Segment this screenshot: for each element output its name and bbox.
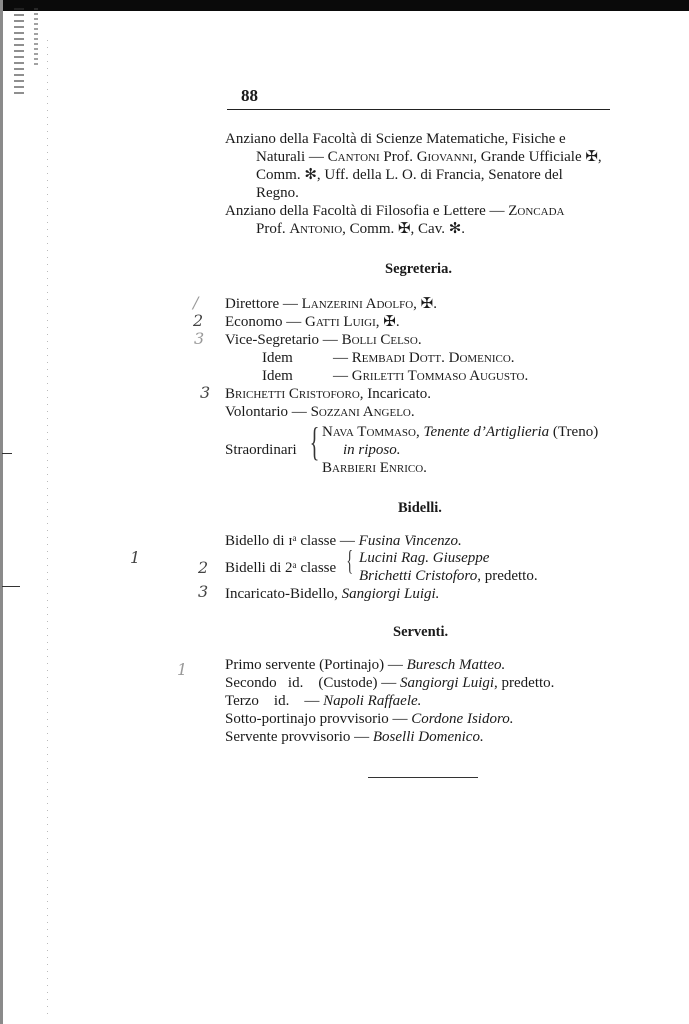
handwritten-mark: 3 <box>198 582 208 601</box>
handwritten-mark: 1 <box>130 548 140 567</box>
binding-marks <box>14 8 24 98</box>
serventi-row-2: Secondo id. (Custode) — Sangiorgi Luigi,… <box>225 674 554 692</box>
intro-entry1-line4: Regno. <box>256 184 299 202</box>
person-firstname: Giovanni <box>417 149 473 165</box>
person-name: Bolli Celso <box>342 332 418 348</box>
handwritten-mark: 3 <box>194 329 204 348</box>
text: , ✠. <box>413 296 437 312</box>
segreteria-row-2: Economo — Gatti Luigi, ✠. <box>225 313 400 331</box>
person-name: Lanzerini Adolfo <box>302 296 414 312</box>
text: . <box>418 332 422 348</box>
person-name: Griletti Tommaso Augusto <box>352 368 525 384</box>
serventi-row-1: Primo servente (Portinajo) — Buresch Mat… <box>225 656 505 674</box>
serventi-row-3: Terzo id. — Napoli Raffaele. <box>225 692 421 710</box>
text: , ✠. <box>376 314 400 330</box>
person-name: Boselli Domenico. <box>373 729 484 745</box>
text: Prof. <box>380 149 417 165</box>
rank: Tenente d’Artiglieria <box>423 424 549 440</box>
serventi-row-5: Servente provvisorio — Boselli Domenico. <box>225 728 484 746</box>
person-surname: Zoncada <box>508 203 564 219</box>
text: , Grande Ufficiale ✠, <box>473 149 602 165</box>
intro-entry2-line1: Anziano della Facoltà di Filosofia e Let… <box>225 202 564 220</box>
role: Idem <box>262 350 293 366</box>
page-number: 88 <box>241 86 258 106</box>
person-name: Brichetti Cristoforo <box>225 386 360 402</box>
text: , predetto. <box>494 675 554 691</box>
serventi-row-4: Sotto-portinajo provvisorio — Cordone Is… <box>225 710 513 728</box>
text: , Incaricato. <box>360 386 431 402</box>
bidelli-row-1: Bidello di ɪᵃ classe — Fusina Vincenzo. <box>225 532 462 550</box>
binding-marks-secondary <box>34 8 38 68</box>
straordinari-line-2: in riposo. <box>343 441 401 459</box>
role: Terzo id. — <box>225 693 323 709</box>
text: Comm. ✻, Uff. della L. O. di Francia, Se… <box>256 167 563 183</box>
straordinari-line-1: Nava Tommaso, Tenente d’Artiglieria (Tre… <box>322 423 598 441</box>
section-heading-bidelli: Bidelli. <box>398 500 442 517</box>
handwritten-mark: 3 <box>200 383 210 402</box>
brace: { <box>310 422 320 462</box>
handwritten-mark: 2 <box>198 558 208 577</box>
text: — <box>333 350 352 366</box>
role: Economo — <box>225 314 305 330</box>
role: Vice-Segretario — <box>225 332 342 348</box>
person-name: Buresch Matteo. <box>407 657 506 673</box>
bidelli-row-3: Incaricato-Bidello, Sangiorgi Luigi. <box>225 585 439 603</box>
person-name: Rembadi Dott. Domenico <box>352 350 511 366</box>
segreteria-row-5: Idem <box>262 367 293 385</box>
role: Servente provvisorio — <box>225 729 373 745</box>
text: . <box>511 350 515 366</box>
text: , predetto. <box>477 568 537 584</box>
person-name: Sangiorgi Luigi. <box>342 586 440 602</box>
bidelli-row-2-name-1: Lucini Rag. Giuseppe <box>359 549 489 567</box>
role: Incaricato-Bidello, <box>225 586 342 602</box>
handwritten-mark: / <box>193 293 198 312</box>
text: . <box>411 404 415 420</box>
scan-top-edge <box>0 0 689 11</box>
straordinari-line-3: Barbieri Enrico. <box>322 459 427 477</box>
intro-entry2-line2: Prof. Antonio, Comm. ✠, Cav. ✻. <box>256 220 465 238</box>
person-name: Fusina Vincenzo. <box>359 533 462 549</box>
role: Direttore — <box>225 296 302 312</box>
brace: { <box>346 548 353 576</box>
bidelli-row-2-label: Bidelli di 2ᵃ classe <box>225 559 336 577</box>
person-surname: Cantoni <box>328 149 380 165</box>
text: . <box>423 460 427 476</box>
intro-entry1-line3: Comm. ✻, Uff. della L. O. di Francia, Se… <box>256 166 563 184</box>
person-name: Gatti Luigi <box>305 314 376 330</box>
text: , Comm. ✠, Cav. ✻. <box>342 221 465 237</box>
segreteria-row-6: Brichetti Cristoforo, Incaricato. <box>225 385 431 403</box>
margin-tick <box>2 586 20 587</box>
text: . <box>524 368 528 384</box>
handwritten-mark: 1 <box>177 660 187 679</box>
segreteria-row-4: Idem <box>262 349 293 367</box>
text: Regno. <box>256 185 299 201</box>
person-name: Brichetti Cristoforo <box>359 568 477 584</box>
margin-tick <box>2 453 12 454</box>
role: Secondo id. (Custode) — <box>225 675 400 691</box>
scan-left-edge <box>0 0 3 1024</box>
section-heading-segreteria: Segreteria. <box>385 261 452 278</box>
text: (Treno) <box>549 424 598 440</box>
gutter-dots <box>47 40 48 1020</box>
person-firstname: Antonio <box>289 221 342 237</box>
text: Anziano della Facoltà di Scienze Matemat… <box>225 131 566 147</box>
role: Sotto-portinajo provvisorio — <box>225 711 411 727</box>
bidelli-row-2-name-2: Brichetti Cristoforo, predetto. <box>359 567 538 585</box>
person-name: Nava Tommaso <box>322 424 416 440</box>
segreteria-row-3: Vice-Segretario — Bolli Celso. <box>225 331 422 349</box>
text: Prof. <box>256 221 289 237</box>
segreteria-row-5-name: — Griletti Tommaso Augusto. <box>333 367 528 385</box>
segreteria-row-1: Direttore — Lanzerini Adolfo, ✠. <box>225 295 437 313</box>
person-name: Sangiorgi Luigi <box>400 675 494 691</box>
role: Bidello di ɪᵃ classe — <box>225 533 359 549</box>
intro-entry1-line1: Anziano della Facoltà di Scienze Matemat… <box>225 130 566 148</box>
person-name: Napoli Raffaele. <box>323 693 421 709</box>
handwritten-mark: 2 <box>193 311 203 330</box>
text: — <box>333 368 352 384</box>
segreteria-row-7: Volontario — Sozzani Angelo. <box>225 403 415 421</box>
straordinari-label: Straordinari <box>225 441 297 459</box>
person-name: Sozzani Angelo <box>311 404 411 420</box>
intro-entry1-line2: Naturali — Cantoni Prof. Giovanni, Grand… <box>256 148 602 166</box>
role: Primo servente (Portinajo) — <box>225 657 407 673</box>
person-name: Cordone Isidoro. <box>411 711 513 727</box>
segreteria-row-4-name: — Rembadi Dott. Domenico. <box>333 349 515 367</box>
section-heading-serventi: Serventi. <box>393 624 448 641</box>
role: Volontario — <box>225 404 311 420</box>
text: Naturali — <box>256 149 328 165</box>
role: Idem <box>262 368 293 384</box>
text: Anziano della Facoltà di Filosofia e Let… <box>225 203 508 219</box>
person-name: Barbieri Enrico <box>322 460 423 476</box>
end-rule <box>368 777 478 778</box>
header-rule <box>227 109 610 110</box>
